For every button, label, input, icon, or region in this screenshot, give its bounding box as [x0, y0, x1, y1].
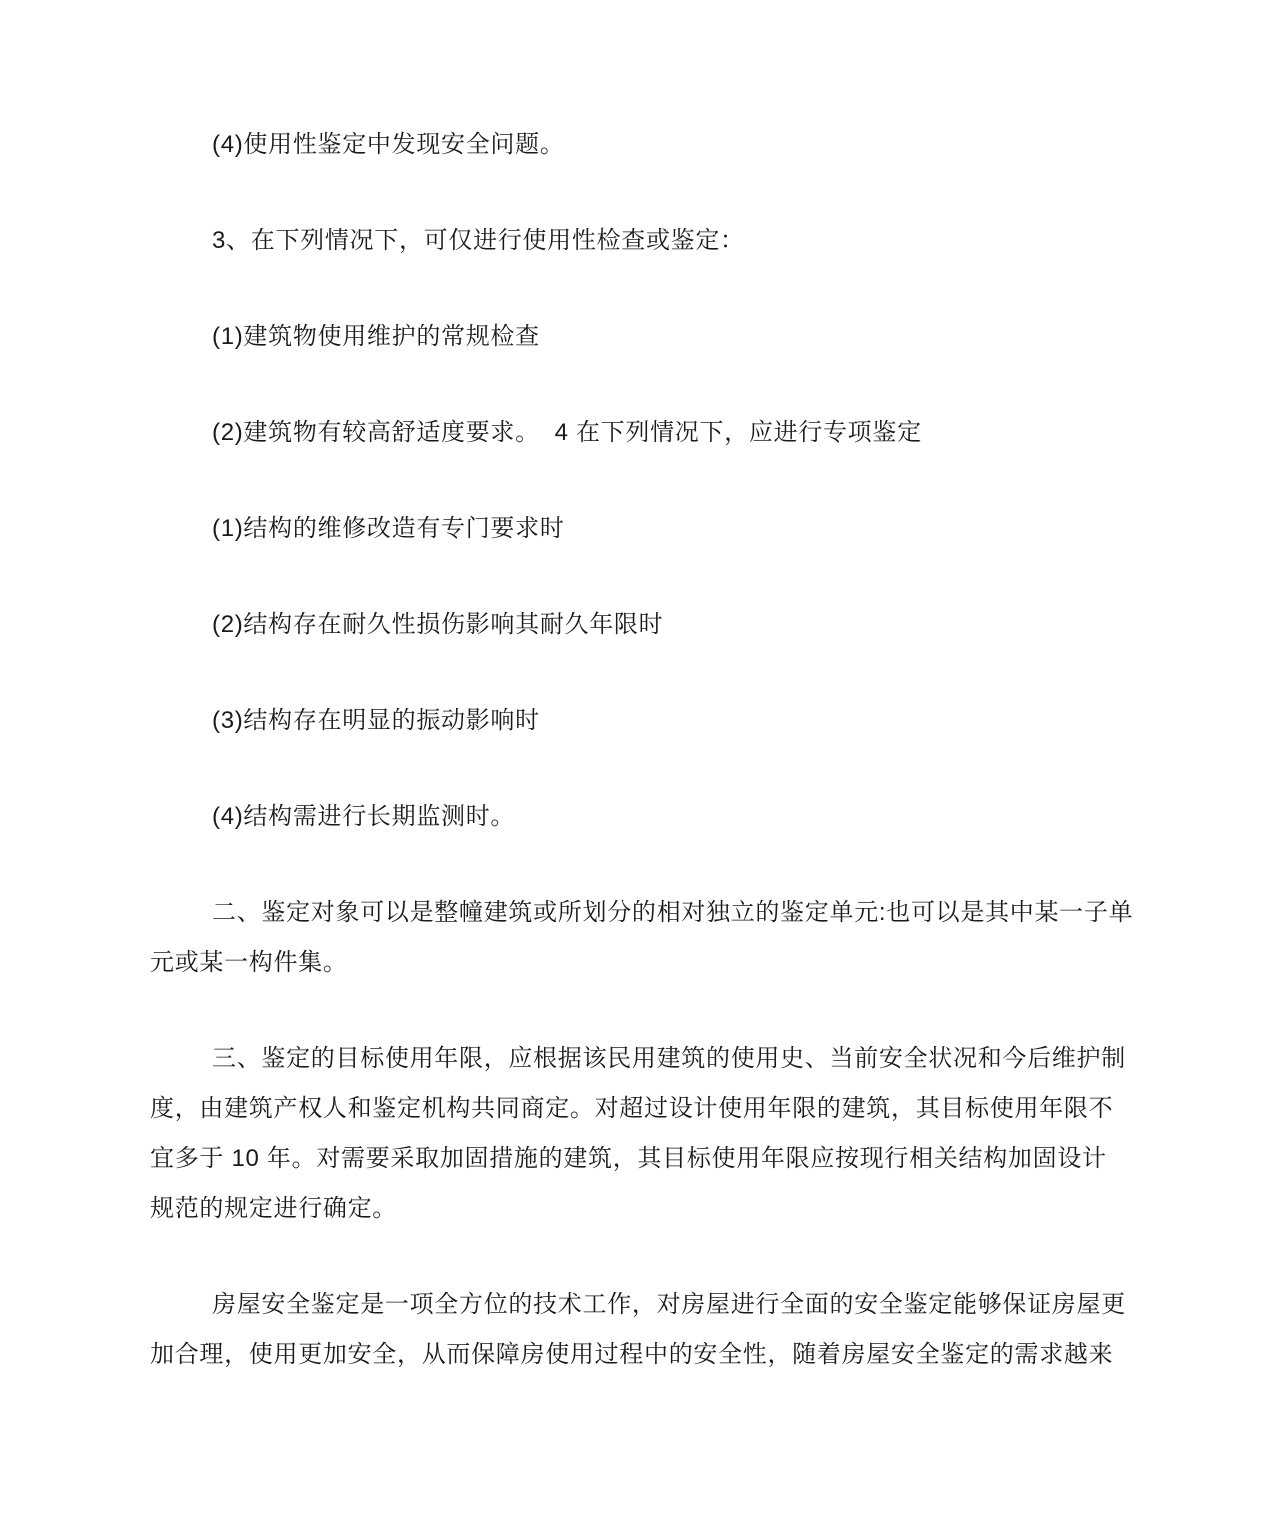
text-line: (4)结构需进行长期监测时。 — [150, 792, 1140, 842]
text-line: (2)结构存在耐久性损伤影响其耐久年限时 — [150, 600, 1140, 650]
text-line: (1)结构的维修改造有专门要求时 — [150, 504, 1140, 554]
paragraph: (2)结构存在耐久性损伤影响其耐久年限时 — [150, 600, 1140, 650]
paragraph: 二、鉴定对象可以是整幢建筑或所划分的相对独立的鉴定单元:也可以是其中某一子单 元… — [150, 888, 1140, 988]
text-line: 规范的规定进行确定。 — [150, 1184, 1140, 1234]
paragraph: (4)使用性鉴定中发现安全问题。 — [150, 120, 1140, 170]
text-line: 元或某一构件集。 — [150, 938, 1140, 988]
text-line: 三、鉴定的目标使用年限，应根据该民用建筑的使用史、当前安全状况和今后维护制 — [150, 1034, 1140, 1084]
paragraph: (2)建筑物有较高舒适度要求。 4 在下列情况下，应进行专项鉴定 — [150, 408, 1140, 458]
text-line: 加合理，使用更加安全，从而保障房使用过程中的安全性，随着房屋安全鉴定的需求越来 — [150, 1330, 1140, 1380]
paragraph: (1)建筑物使用维护的常规检查 — [150, 312, 1140, 362]
paragraph: (4)结构需进行长期监测时。 — [150, 792, 1140, 842]
text-line: (2)建筑物有较高舒适度要求。 4 在下列情况下，应进行专项鉴定 — [150, 408, 1140, 458]
text-line: 3、在下列情况下，可仅进行使用性检查或鉴定： — [150, 216, 1140, 266]
paragraph: (1)结构的维修改造有专门要求时 — [150, 504, 1140, 554]
text-line: 度，由建筑产权人和鉴定机构共同商定。对超过设计使用年限的建筑，其目标使用年限不 — [150, 1084, 1140, 1134]
text-line: (3)结构存在明显的振动影响时 — [150, 696, 1140, 746]
paragraph: 3、在下列情况下，可仅进行使用性检查或鉴定： — [150, 216, 1140, 266]
paragraph: 房屋安全鉴定是一项全方位的技术工作，对房屋进行全面的安全鉴定能够保证房屋更 加合… — [150, 1280, 1140, 1380]
paragraph: 三、鉴定的目标使用年限，应根据该民用建筑的使用史、当前安全状况和今后维护制 度，… — [150, 1034, 1140, 1234]
paragraph: (3)结构存在明显的振动影响时 — [150, 696, 1140, 746]
text-line: 二、鉴定对象可以是整幢建筑或所划分的相对独立的鉴定单元:也可以是其中某一子单 — [150, 888, 1140, 938]
text-line: 宜多于 10 年。对需要采取加固措施的建筑，其目标使用年限应按现行相关结构加固设… — [150, 1134, 1140, 1184]
text-line: (1)建筑物使用维护的常规检查 — [150, 312, 1140, 362]
text-line: (4)使用性鉴定中发现安全问题。 — [150, 120, 1140, 170]
document-page: (4)使用性鉴定中发现安全问题。 3、在下列情况下，可仅进行使用性检查或鉴定： … — [0, 0, 1280, 1521]
text-line: 房屋安全鉴定是一项全方位的技术工作，对房屋进行全面的安全鉴定能够保证房屋更 — [150, 1280, 1140, 1330]
